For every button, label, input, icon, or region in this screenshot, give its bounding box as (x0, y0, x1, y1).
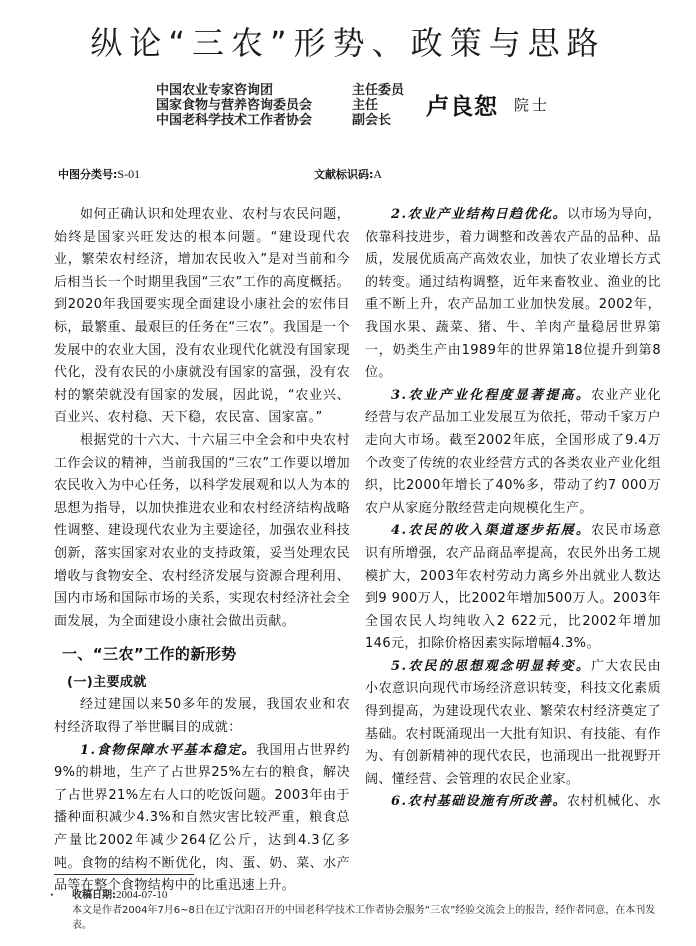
affiliation-org: 中国老科学技术工作者协会 (156, 113, 338, 128)
footnote-divider (54, 874, 194, 875)
achievement-item: 5.农民的思想观念明显转变。广大农民由小农意识向现代市场经济意识转变，科技文化素… (365, 656, 661, 792)
intro-paragraph: 如何正确认识和处理农业、农村与农民问题，始终是国家兴旺发达的根本问题。“建设现代… (54, 204, 350, 430)
item-text: 农业产业化经营与农产品加工业发展互为依托，带动千家万户走向大市场。截至2002年… (365, 388, 661, 516)
achievement-item: 4.农民的收入渠道逐步拓展。农民市场意识有所增强，农产品商品率提高，农民外出务工… (365, 520, 661, 656)
subsection-heading: (一)主要成就 (54, 672, 350, 695)
intro-paragraph: 根据党的十六大、十六届三中全会和中央农村工作会议的精神，当前我国的“三农”工作要… (54, 430, 350, 633)
left-column: 如何正确认识和处理农业、农村与农民问题，始终是国家兴旺发达的根本问题。“建设现代… (54, 204, 350, 898)
section-heading: 一、“三农”工作的新形势 (54, 643, 350, 666)
clc-label: 中图分类号: (58, 168, 117, 181)
author-name: 卢良恕 (426, 88, 498, 121)
affiliation-org: 国家食物与营养咨询委员会 (156, 98, 338, 113)
author-affiliations: 中国农业专家咨询团 主任委员 国家食物与营养咨询委员会 主任 中国老科学技术工作… (156, 83, 434, 128)
item-lead: 3.农业产业化程度显著提高。 (391, 388, 591, 403)
affiliation-row: 中国农业专家咨询团 主任委员 (156, 83, 434, 98)
item-lead: 2.农业产业结构日趋优化。 (391, 207, 567, 222)
affiliation-row: 国家食物与营养咨询委员会 主任 (156, 98, 434, 113)
footnote-bullet: · (50, 888, 54, 903)
footnote: · 收稿日期:2004-07-10 本文是作者2004年7月6~8日在辽宁沈阳召… (54, 888, 674, 933)
affiliation-role: 主任 (352, 98, 434, 113)
received-label: 收稿日期: (72, 890, 116, 901)
item-text: 农民市场意识有所增强，农产品商品率提高，农民外出务工规模扩大，2003年农村劳动… (365, 523, 661, 651)
received-date: 收稿日期:2004-07-10 (54, 888, 674, 903)
item-lead: 1.食物保障水平基本稳定。 (80, 743, 256, 758)
affiliation-role: 副会长 (352, 113, 434, 128)
clc-number: 中图分类号:S-01 (58, 166, 140, 182)
affiliation-role: 主任委员 (352, 83, 434, 98)
item-lead: 5.农民的思想观念明显转变。 (391, 659, 591, 674)
achievements-intro: 经过建国以来50多年的发展，我国农业和农村经济取得了举世瞩目的成就： (54, 694, 350, 739)
achievement-item: 3.农业产业化程度显著提高。农业产业化经营与农产品加工业发展互为依托，带动千家万… (365, 385, 661, 521)
item-text: 我国用占世界约9%的耕地，生产了占世界25%左右的粮食，解决了占世界21%左右人… (54, 743, 350, 894)
achievement-item: 6.农村基础设施有所改善。农村机械化、水 (365, 791, 661, 814)
affiliation-org: 中国农业专家咨询团 (156, 83, 338, 98)
document-code: 文献标识码:A (314, 166, 382, 182)
doc-code-label: 文献标识码: (314, 168, 373, 181)
author-title: 院士 (514, 94, 550, 115)
doc-code-value: A (373, 167, 382, 181)
item-text: 以市场为导向，依靠科技进步，着力调整和改善农产品的品种、品质，发展优质高产高效农… (365, 207, 661, 380)
item-lead: 6.农村基础设施有所改善。 (391, 794, 567, 809)
item-text: 农村机械化、水 (567, 794, 661, 809)
item-lead: 4.农民的收入渠道逐步拓展。 (391, 523, 591, 538)
footnote-note: 本文是作者2004年7月6~8日在辽宁沈阳召开的中国老科学技术工作者协会服务“三… (54, 903, 674, 933)
right-column: 2.农业产业结构日趋优化。以市场为导向，依靠科技进步，着力调整和改善农产品的品种… (365, 204, 661, 814)
received-value: 2004-07-10 (116, 889, 167, 901)
affiliation-row: 中国老科学技术工作者协会 副会长 (156, 113, 434, 128)
article-title: 纵论“三农”形势、政策与思路 (0, 18, 696, 64)
achievement-item: 2.农业产业结构日趋优化。以市场为导向，依靠科技进步，着力调整和改善农产品的品种… (365, 204, 661, 385)
clc-value: S-01 (117, 167, 140, 181)
item-text: 广大农民由小农意识向现代市场经济意识转变，科技文化素质得到提高，为建设现代农业、… (365, 659, 661, 787)
